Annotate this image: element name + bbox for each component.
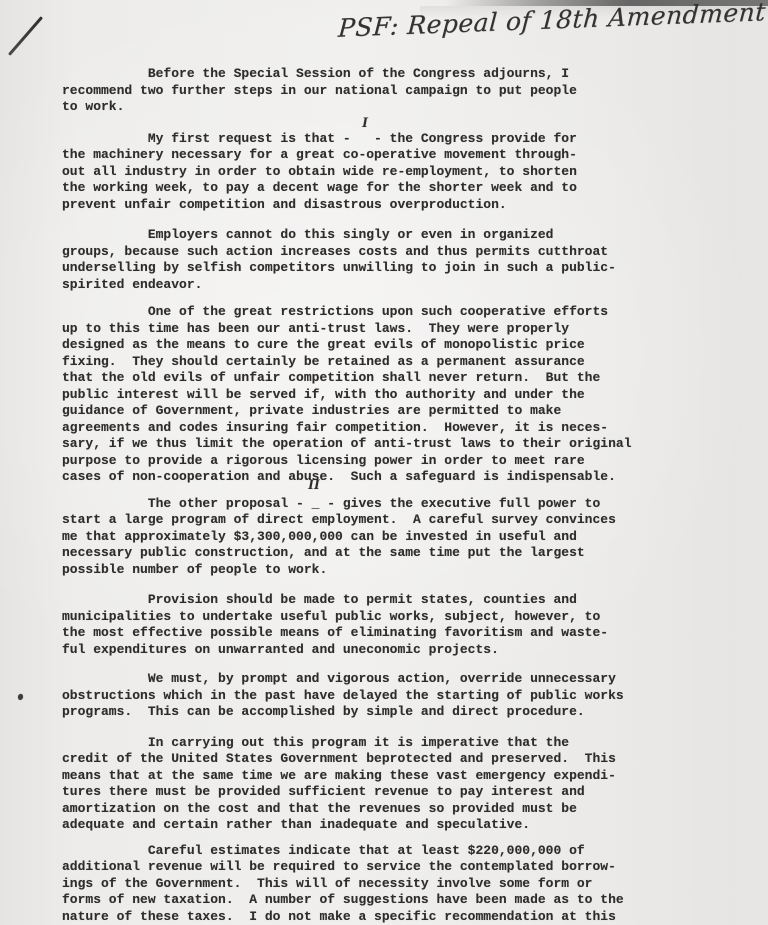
paragraph-employers: Employers cannot do this singly or even … xyxy=(62,227,752,293)
paragraph-provision: Provision should be made to permit state… xyxy=(62,592,752,658)
paragraph-careful-estimates: Careful estimates indicate that at least… xyxy=(62,843,752,925)
pen-ink-dot xyxy=(18,694,23,700)
pen-check-mark xyxy=(8,16,43,56)
handwritten-annotation: PSF: Repeal of 18th Amendment xyxy=(337,0,739,43)
paragraph-first-request: My first request is that - - the Congres… xyxy=(62,131,752,214)
paragraph-credit: In carrying out this program it is imper… xyxy=(62,735,752,834)
typewritten-text-block: Before the Special Session of the Congre… xyxy=(62,66,752,925)
paragraph-antitrust: One of the great restrictions upon such … xyxy=(62,304,752,486)
paragraph-other-proposal: The other proposal - _ - gives the execu… xyxy=(62,496,752,579)
paragraph-intro: Before the Special Session of the Congre… xyxy=(62,66,752,116)
paragraph-prompt-action: We must, by prompt and vigorous action, … xyxy=(62,671,752,721)
scanned-document-page: PSF: Repeal of 18th Amendment Before the… xyxy=(0,0,768,925)
section-numeral-one: I xyxy=(362,116,752,131)
